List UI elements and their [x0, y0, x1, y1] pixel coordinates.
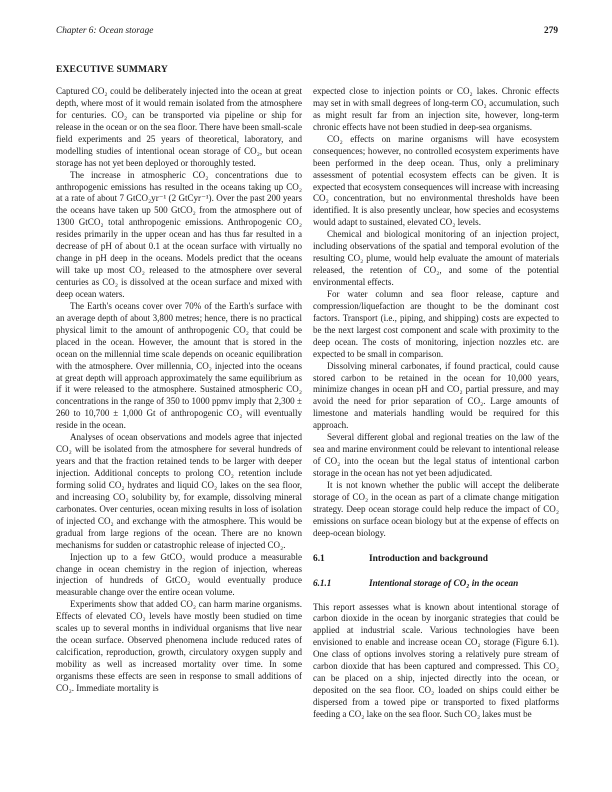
executive-summary-heading: EXECUTIVE SUMMARY [56, 64, 168, 75]
paragraph: Analyses of ocean observations and model… [56, 432, 302, 551]
right-column: expected close to injection points or CO… [313, 86, 559, 721]
section-heading: 6.1 Introduction and background [313, 554, 559, 566]
paragraph: It is not known whether the public will … [313, 480, 559, 540]
section-title: Introduction and background [369, 554, 488, 566]
paragraph: Injection up to a few GtCO₂ would produc… [56, 552, 302, 600]
paragraph: For water column and sea floor release, … [313, 289, 559, 361]
paragraph: This report assesses what is known about… [313, 602, 559, 721]
paragraph: Several different global and regional tr… [313, 432, 559, 480]
paragraph: Captured CO₂ could be deliberately injec… [56, 86, 302, 170]
paragraph: CO₂ effects on marine organisms will hav… [313, 134, 559, 230]
subsection-heading: 6.1.1 Intentional storage of CO₂ in the … [313, 578, 559, 590]
paragraph: Experiments show that added CO₂ can harm… [56, 599, 302, 695]
paragraph: Chemical and biological monitoring of an… [313, 229, 559, 289]
chapter-title: Chapter 6: Ocean storage [56, 26, 153, 36]
left-column: Captured CO₂ could be deliberately injec… [56, 86, 302, 695]
page-number: 279 [544, 26, 558, 36]
subsection-number: 6.1.1 [313, 578, 369, 590]
paragraph: The increase in atmospheric CO₂ concentr… [56, 170, 302, 301]
running-header: Chapter 6: Ocean storage 279 [56, 26, 558, 40]
section-number: 6.1 [313, 554, 369, 566]
paragraph: The Earth's oceans cover over 70% of the… [56, 301, 302, 432]
subsection-title: Intentional storage of CO₂ in the ocean [369, 578, 518, 590]
paragraph: Dissolving mineral carbonates, if found … [313, 361, 559, 433]
paragraph: expected close to injection points or CO… [313, 86, 559, 134]
